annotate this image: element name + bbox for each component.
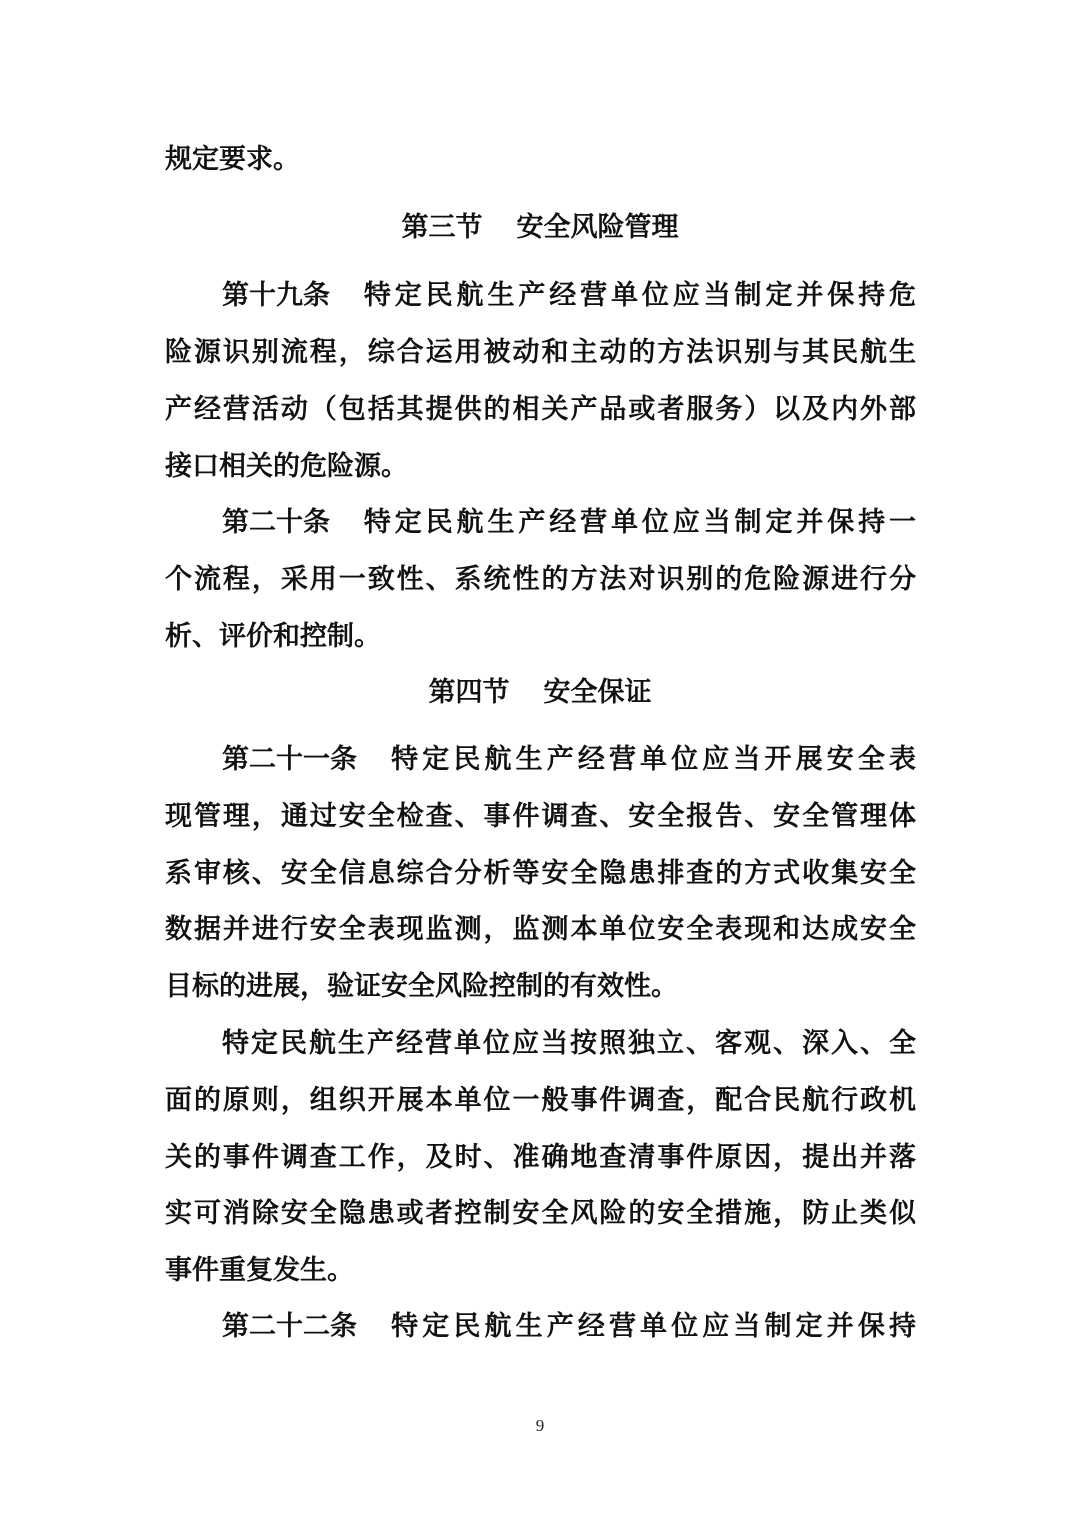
section-heading-4: 第四节安全保证: [0, 673, 1080, 713]
document-page: 规定要求。 第三节安全风险管理 第十九条特定民航生产经营单位应当制定并保持危 险…: [0, 0, 1080, 1527]
section-heading-3: 第三节安全风险管理: [0, 208, 1080, 248]
section-title: 安全保证: [544, 677, 652, 708]
article-21-line-5: 目标的进展，验证安全风险控制的有效性。: [165, 967, 916, 1007]
article-20-line-3: 析、评价和控制。: [165, 617, 916, 657]
article-number: 第十九条: [222, 276, 330, 316]
article-20-line-1: 第二十条特定民航生产经营单位应当制定并保持一: [222, 503, 916, 543]
carryover-line: 规定要求。: [165, 140, 916, 180]
article-21-p2-line-5: 事件重复发生。: [165, 1251, 916, 1291]
section-number: 第四节: [429, 677, 510, 708]
article-text: 特定民航生产经营单位应当制定并保持: [387, 1311, 916, 1342]
article-21-line-3: 系审核、安全信息综合分析等安全隐患排查的方式收集安全: [165, 854, 916, 894]
article-21-p2-line-2: 面的原则，组织开展本单位一般事件调查，配合民航行政机: [165, 1081, 916, 1121]
article-22-line-1: 第二十二条特定民航生产经营单位应当制定并保持: [222, 1307, 916, 1347]
page-number: 9: [0, 1416, 1080, 1436]
article-number: 第二十二条: [222, 1307, 357, 1347]
article-19-line-1: 第十九条特定民航生产经营单位应当制定并保持危: [222, 276, 916, 316]
article-text: 特定民航生产经营单位应当制定并保持一: [360, 507, 916, 538]
article-21-p2-line-3: 关的事件调查工作，及时、准确地查清事件原因，提出并落: [165, 1138, 916, 1178]
article-text: 特定民航生产经营单位应当制定并保持危: [360, 280, 916, 311]
article-number: 第二十条: [222, 503, 330, 543]
section-title: 安全风险管理: [517, 212, 679, 243]
article-number: 第二十一条: [222, 740, 357, 780]
article-21-line-1: 第二十一条特定民航生产经营单位应当开展安全表: [222, 740, 916, 780]
article-19-line-4: 接口相关的危险源。: [165, 447, 916, 487]
article-19-line-2: 险源识别流程，综合运用被动和主动的方法识别与其民航生: [165, 333, 916, 373]
article-21-p2-line-1: 特定民航生产经营单位应当按照独立、客观、深入、全: [222, 1024, 916, 1064]
article-21-p2-line-4: 实可消除安全隐患或者控制安全风险的安全措施，防止类似: [165, 1194, 916, 1234]
article-20-line-2: 个流程，采用一致性、系统性的方法对识别的危险源进行分: [165, 560, 916, 600]
article-21-line-4: 数据并进行安全表现监测，监测本单位安全表现和达成安全: [165, 910, 916, 950]
article-text: 特定民航生产经营单位应当开展安全表: [387, 744, 916, 775]
section-number: 第三节: [402, 212, 483, 243]
article-21-line-2: 现管理，通过安全检查、事件调查、安全报告、安全管理体: [165, 797, 916, 837]
article-19-line-3: 产经营活动（包括其提供的相关产品或者服务）以及内外部: [165, 390, 916, 430]
